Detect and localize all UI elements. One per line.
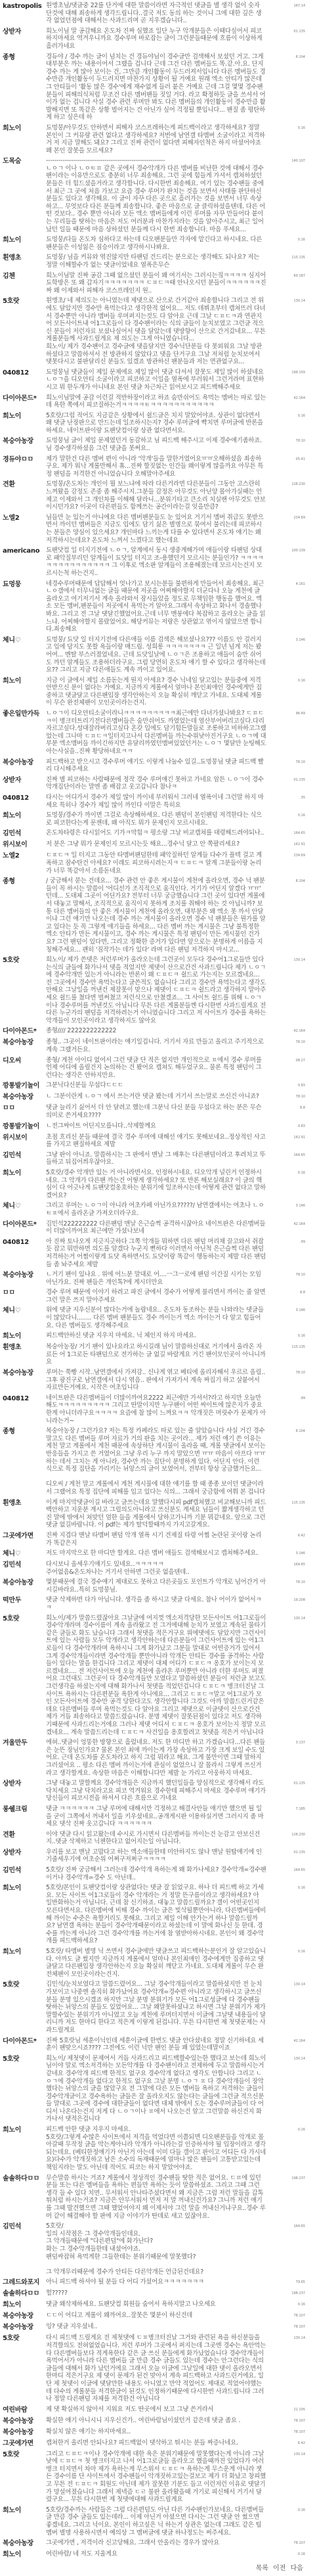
comment-ip: 130.14: [266, 2450, 315, 2459]
comment-text: ㄴ 그분이란게 ㄴㅇㄱ 에서 쓰는거란 댓글 봤는데 거기서 쓰는말로 쓰신건 …: [46, 1093, 266, 1101]
comment-author[interactable]: 김민석: [0, 829, 46, 838]
comment-text: 희노이/ 제가 쓴댓은 저런루머가 올라오는데 그런곳이 모두다 경수어1그로들…: [46, 956, 266, 1024]
comment-text: 헐?????: [46, 2289, 266, 2297]
comment-ip: 78.107: [266, 2417, 315, 2426]
comment-ip: 78.10: [266, 1271, 315, 1279]
comment-ip: 42.164: [266, 2037, 315, 2046]
pagination-nav: 목록 이전 다음: [0, 2561, 315, 2576]
comment-ip: 115.135: [266, 1499, 315, 1507]
comment-author[interactable]: americano: [0, 547, 46, 555]
comment-ip: 78.107: [266, 2312, 315, 2320]
comment-row: 희노이5호랏/ 타멤버 별명 닉 쓰면서 경수글에만 댓글쓰고 피드백하는분인거…: [0, 1947, 315, 1980]
comment-row: 김민석그냥 판이 아니죠. 말씀하시는 그 판에서 맨날 그 배후는 다른팬덤이…: [0, 1151, 315, 1168]
comment-list: kastropolis흰앵초님/댓글중 22를 단거에 대한 말씀이라면 자극적…: [0, 0, 315, 2561]
comment-text: 확실한 얘기 아니시니 지우신건가.. 여린바람님이셨던거 같은데 댓글 좀요 …: [46, 2417, 266, 2425]
comment-text: 댓글 왜삭제하세요. 됴팬닷컴 회원들 숨어서 욕하지말고 나오세요: [46, 2301, 266, 2309]
comment-author[interactable]: 복숭아농장: [0, 2539, 46, 2548]
comment-text: 저도 마지막으로 한 마디만 할게요. 다른 멤버 애들도 검색해보시고 캡쳐해…: [46, 1550, 266, 1557]
comment-author[interactable]: 흰앵초: [0, 254, 46, 262]
comment-text: 우리를 보고 맨날 고맙다고 하는 엑소애들한테 미안하지도 않나 맨날 원탑얘…: [46, 1849, 266, 1864]
comment-author[interactable]: 복숭아농장: [0, 1038, 46, 1047]
comment-ip: 3.146: [266, 636, 315, 645]
comment-ip: 6.42: [266, 1532, 315, 1540]
comment-ip: 198.237: [266, 2174, 315, 2183]
comment-row: 그곳에가면캡쳐한거 올리면 안되나요? 피드백없이 댓삭하고 튀시는 분들 짜증…: [0, 2439, 315, 2450]
comment-author[interactable]: 김민석: [0, 1866, 46, 1875]
comment-text: 그곳에가면 , 저격이라 신고당해요. 그래서 안올리는 경우가 많아요: [46, 2539, 266, 2547]
comment-ip: 164.65: [266, 2222, 315, 2231]
comment-ip: 142.91: [266, 840, 315, 849]
comment-row: 흰앵초이게 마지막댓글이길 바라고 글쓰는데요 말했다시피 pdf캡쳐했고 비교…: [0, 1498, 315, 1531]
comment-author[interactable]: ㅁㅁ: [0, 1289, 46, 1297]
comment-author[interactable]: 복숭아농장: [0, 1093, 46, 1101]
comment-ip: 0.16: [266, 412, 315, 421]
comment-text: ----------------------------------------…: [46, 157, 266, 233]
comment-ip: 78.107: [266, 2428, 315, 2437]
comment-ip: 6.42: [266, 2439, 315, 2448]
comment-author[interactable]: 여린바람: [0, 2406, 46, 2414]
comment-text: 흰앵초/ 네 제의도는 아니였는데 제댓으로 산으로 간거같아 죄송합니다 그리…: [46, 297, 266, 365]
comment-text: 이게 마지막댓글이길 바라고 글쓰는데요 말했다시피 pdf캡쳐했고 비교해보니…: [46, 1499, 266, 1529]
comment-ip: 0.16: [266, 2301, 315, 2309]
comment-row: 복숭아농장확실치 않은 얘기는 하지마세요..78.107: [0, 2427, 315, 2439]
comment-text: 제 댓 확실하지 않아서 지워요 저도 딴곳에서 보고 그냥 쓴거라서: [46, 2406, 266, 2414]
comment-row: 상받자그냥 대놓고 말할께요 경수악개들은 지금까지 했던일들을 양심적으로 생…: [0, 1779, 315, 1805]
comment-author[interactable]: 위시보이: [0, 840, 46, 849]
comment-ip: 164.65: [266, 829, 315, 838]
comment-row: 복숭아농장잉? 댓글 지우셨네..78.107: [0, 2322, 315, 2334]
comment-ip: 01.135: [266, 776, 315, 785]
comment-author[interactable]: 그레드와포지: [0, 2278, 46, 2287]
comment-author[interactable]: 복숭아농장: [0, 2312, 46, 2320]
comment-text: 위에 댓글 지우신분이 많다는거에 놀랍네요.. 온도차 동조하는 분들 나와라…: [46, 1306, 266, 1329]
comment-row: 복숭아농장종형.. 그곳이 네이트판이라는 얘기일겁니다. 거기서 자료 만들고…: [0, 1038, 315, 1055]
comment-author[interactable]: kastropolis: [0, 2, 46, 11]
comment-text: 피드백안하신 댓글 지우지 마세요. 닉 체인지 하지 마세요.: [46, 1332, 266, 1340]
comment-author[interactable]: 떡만두: [0, 1596, 46, 1605]
comment-author[interactable]: 복숭아농장: [0, 1578, 46, 1587]
comment-row: 복숭아농장ㄴ거기 팬이 있나요 . 위에 어느분 말대로 어....ㅡ그ㅡ로에 …: [0, 1270, 315, 1288]
next-link[interactable]: 다음: [291, 2565, 303, 2572]
comment-text: 경듀야 / 경수 까는 글이 넘치는 건 경듀야님이 경수글만 검색해서 보셨던…: [46, 53, 266, 122]
comment-ip: 130.14: [266, 2055, 315, 2063]
comment-ip: 0.16: [266, 1332, 315, 1341]
comment-ip: 0.16: [266, 677, 315, 685]
comment-author[interactable]: 복숭아농장: [0, 2428, 46, 2437]
comment-text: 김민석222222222 다른팬덤 맨날 은근슬쩍 공격하시잖아요 네이트판은 …: [46, 1220, 266, 1235]
comment-author[interactable]: 종형: [0, 1427, 46, 1436]
comment-author[interactable]: 희노이: [0, 677, 46, 685]
prev-link[interactable]: 이전: [273, 2565, 285, 2572]
comment-text: 몇분때문에 결국 경수얘기 제대로도 못하고 다른곳들도 포인트가 악개로 넘어…: [46, 1578, 266, 1594]
comment-author[interactable]: 깡통발기놀이: [0, 1122, 46, 1131]
comment-author[interactable]: 좋은일만가득: [0, 710, 46, 718]
comment-row: 희노이지금 이 글에서 제일 소름돋는게 뭔지 아세요? 경수 닉네임 달고있는…: [0, 676, 315, 709]
comment-author[interactable]: 체니♡: [0, 1306, 46, 1315]
comment-author[interactable]: 희노이: [0, 1948, 46, 1956]
comment-text: 희노이/ 제첫댓이 문제여서 거듭 사과드리고 피드백할수있는한 했다고 보는데…: [46, 2055, 266, 2123]
comment-row: 종형/ 궁금해서 묻는 건데요... 경수 관련 안 좋은 게시물이 게천에 올…: [0, 877, 315, 955]
comment-author[interactable]: 종형: [0, 877, 46, 886]
comment-text: 확실치 않은 얘기는 하지마세요..: [46, 2428, 266, 2436]
comment-author[interactable]: 경듀야ㅁㅁ: [0, 455, 46, 464]
comment-row: 희노이5호랏/경수 악개만 있는 거 아니라면서요. 인정하시네요. 디오악개 …: [0, 1168, 315, 1201]
comment-text: ㄴㅇㄱ이 디오안티소굴이라니ㅋㅋㅋㅋㅋㅋㅋㅋㅋ최근에만 다녀가셨나봐요? ㄷㅍㄷ…: [46, 710, 266, 756]
comment-row: 희노이됴멍뭉/다들 온도차 심하다고 하는데 디오팬분들만 각자에 맡긴다고 하…: [0, 235, 315, 253]
comment-author[interactable]: 흰앵초: [0, 1499, 46, 1507]
comment-author[interactable]: 상받자: [0, 776, 46, 785]
comment-row: 희노이5호랏/경수까는 사람들은 그럼 다른편덤도 아닌 다른 가수팬인가보네요…: [0, 2506, 315, 2539]
comment-ip: 130.14: [266, 1615, 315, 1623]
comment-author[interactable]: 복숭아농장: [0, 2417, 46, 2426]
comment-text: 됴팬닷컴 일 터지기전에 ㄴㅇㄱ, 알계에서 동시 생중계해가며 애들이랑 타팬…: [46, 547, 266, 577]
comment-row: 깡통발기놀이ㄴ전그싸이트 어딘지모릅니다..삭제할께요0.83: [0, 1122, 315, 1133]
comment-row: 다이아몬드*종형//// 222222222222242.164: [0, 1026, 315, 1038]
comment-row: 경듀야ㅁㅁ제가 말한건 다른 멤버 편이 아니라 '악개'들을 말한거였어요ㅠㅠ…: [0, 455, 315, 480]
comment-author[interactable]: 상받자: [0, 28, 46, 36]
comment-ip: 234.69: [266, 852, 315, 860]
comment-text: 희노이님 말 공감해요 온도차 진짜 심했죠 일단 누구 악개분들은 이때다싶어…: [46, 28, 266, 51]
comment-author[interactable]: 그곳에가면: [0, 1532, 46, 1540]
comment-author[interactable]: 김첸: [0, 272, 46, 281]
comment-author[interactable]: 5호랏: [0, 956, 46, 965]
comment-text: 됴멍뭉님 글이 제일 문제였던거 동감하고 님 피드백 해주시고 이제 경수얘기…: [46, 437, 266, 452]
comment-author[interactable]: 5호랏: [0, 2450, 46, 2459]
comment-text: 됴멍뭉/경수가 까이면 그걸로 속상해하세요. 다른 팬덤이 본인팬덤 저격한다…: [46, 812, 266, 827]
comment-ip: 0.16: [266, 1884, 315, 1893]
comment-ip: 79.65: [266, 2278, 315, 2287]
comment-ip: 167.14: [266, 2, 315, 11]
comment-text: 님들만 눈 있는거 아니에요 다른 멤버팬분들도 눈 있어요 거기서 멤버 취급…: [46, 514, 266, 544]
comment-row: 솔솔하다ㅁㅁ무슨말씀 하시는 거죠? 게롤에서 정상적인 경수팬들 탓한 적은 …: [0, 2174, 315, 2222]
comment-row: 겨울만두에혀..댓글이 엉뚱한 방향으로 흘렀네요. 저도 한 마디만 하고 가…: [0, 1738, 315, 1779]
comment-ip: 8.8: [266, 1289, 315, 1297]
comment-author[interactable]: 희노이: [0, 2301, 46, 2309]
comment-text: ㄴ거기 팬이 있나요 . 위에 어느분 말대로 어....ㅡ그ㅡ로에 팬덤 이간…: [46, 1271, 266, 1286]
comment-author[interactable]: 희노이: [0, 124, 46, 133]
comment-row: 희노이5호랏/본인이 됴팬닷컴이랑 상관없다는 댓글 잘 읽었구요. 하나 더 …: [0, 1883, 315, 1947]
comment-ip: 01.135: [266, 28, 315, 36]
comment-ip: 0.83: [266, 1122, 315, 1131]
comment-author[interactable]: 노엘2: [0, 514, 46, 522]
comment-ip: 130.14: [266, 297, 315, 306]
comment-row: 김민석온도차타령은 다시읽어도 기가ㅋ막힘ㅋ 평소랑 그날 비교캡쳐를 대령해드…: [0, 829, 315, 840]
comment-author[interactable]: 희노이: [0, 236, 46, 244]
comment-row: 다이아몬드*김민석222222222 다른팬덤 맨날 은근슬쩍 공격하시잖아요 …: [0, 1220, 315, 1237]
comment-author[interactable]: 도목숨: [0, 157, 46, 166]
comment-text: 다시 피드백 드릴게요 전 제첫댓에 ㄷㅍ병크터진날 그거와 관련된 욕을 하신…: [46, 2334, 266, 2403]
comment-row: 복숭아농장ㄴ 그분이란게 ㄴㅇㄱ 에서 쓰는거란 댓글 봤는데 거기서 쓰는말로…: [0, 1092, 315, 1103]
comment-row: 복숭아농장확실한 얘기 아니시니 지우신건가.. 여린바람님이셨던거 같은데 댓…: [0, 2416, 315, 2427]
comment-ip: 0.83: [266, 1082, 315, 1090]
comment-text: 5호랏/경수까는 사람들은 그럼 다른편덤도 아닌 다른 가수팬인가보네요. 다…: [46, 2506, 266, 2537]
comment-ip: 199.159: [266, 369, 315, 377]
comment-author[interactable]: 종형: [0, 53, 46, 62]
comment-text: 희노이님말에 공감 이런걸 적반하장이라고 하죠 숨만쉬어도 욕먹는 멤버는 따…: [46, 394, 266, 409]
comment-author[interactable]: 희노이: [0, 812, 46, 820]
comment-row: 종형복숭아농장 / 그런가요? 저는 특정 카페라도 따로 있는 줄 알았습니다…: [0, 1427, 315, 1498]
comment-row: 그레드와포지아니 피드백 하셔야 될 분들 다 어디 가셨어요ㅋㅋㅋㅋㅋㅋㅋ79…: [0, 2278, 315, 2289]
comment-author[interactable]: 됴멍뭉: [0, 580, 46, 589]
comment-author[interactable]: 견환: [0, 480, 46, 489]
comment-row: 희노이됴멍뭉/경수가 까이면 그걸로 속상해하세요. 다른 팬덤이 본인팬덤 저…: [0, 811, 315, 829]
comment-author[interactable]: 다이아몬드*: [0, 1220, 46, 1229]
comment-ip: 234.69: [266, 514, 315, 522]
comment-ip: 08.27: [266, 1057, 315, 1065]
comment-author[interactable]: 깡통발기놀이: [0, 1082, 46, 1090]
comment-row: 롱쉘크림댓글 ㅋㅋㅋㅋㅋㅋ 그냥 루머에 대해서만 걱정하고 해결사안들 얘기만…: [0, 1805, 315, 1830]
comment-row: 됴멍뭉네경수루머때문에 답답해서 엇나가고 보시는분들 불편하게 만들어서 죄송…: [0, 580, 315, 635]
comment-text: 김민석/눈치보였다고 말씀드렸어요... 그날 경수악개들이라고 말씀하셨지만 …: [46, 1981, 266, 2034]
comment-text: 희노이님말 진짜 공감 그때 없으셨던 분들이 왜 여기서는 그러시는짘ㅋㅋㅋㅋ…: [46, 272, 266, 295]
comment-author[interactable]: 5호랏: [0, 2334, 46, 2343]
comment-ip: 78.10: [266, 758, 315, 767]
comment-text: 루머는 쭉빵 시작..남연갤에서 가져감.. 신나게 엮고 베티에 올리자해서 …: [46, 1369, 266, 1392]
comment-ip: 8.8: [266, 1104, 315, 1113]
comment-text: 5호랏/그럼 적어도 지금같은 상황에서 쉴드글은 치지 말았어야죠. 상관이 …: [46, 412, 266, 435]
comment-row: 5호랏희노이/ 제첫댓이 문제여서 거듭 사과드리고 피드백할수있는한 했다고 …: [0, 2054, 315, 2125]
comment-ip: 140.107: [266, 157, 315, 166]
comment-row: 다이아몬드*희노이님말에 공감 이런걸 적반하장이라고 하죠 숨만쉬어도 욕먹는…: [0, 394, 315, 411]
comment-author[interactable]: 견환: [0, 1831, 46, 1839]
comment-text: ㄷㄷ이 어디고 게롤이 왜까여요..잘못은 몇분이 하신건데: [46, 2312, 266, 2320]
comment-row: 040812됴멍뭉님 댓글들이 제일 문제에요 제일 많이 댓글 다셔서 잘못도…: [0, 368, 315, 394]
comment-row: 복숭아농장됴멍뭉님 글이 제일 문제였던거 동감하고 님 피드백 해주시고 이제…: [0, 436, 315, 454]
comment-author[interactable]: 노엘2: [0, 852, 46, 860]
comment-row: americano됴팬닷컴 일 터지기전에 ㄴㅇㄱ, 알계에서 동시 생중계해가…: [0, 546, 315, 579]
comment-text: 저 분은 그냥 뭐가 문제인지 모르시는듯 해요...경수닉 달고 안 쪽팔리세…: [46, 840, 266, 848]
comment-author[interactable]: 겨울만두: [0, 1739, 46, 1747]
comment-text: 됴멍뭉/다들 온도차 심하다고 하는데 디오팬분들만 각자에 맡긴다고 하시네요…: [46, 236, 266, 251]
comment-ip: 3.137: [266, 1739, 315, 1747]
comment-ip: 115.135: [266, 1343, 315, 1352]
comment-text: 희노이/제가 말씀드렸잖아요 그날글에 여지껏 엑소저격당한 모든사이트 어1그…: [46, 1615, 266, 1737]
comment-author[interactable]: 김민석: [0, 1151, 46, 1160]
comment-author[interactable]: 희노이: [0, 1169, 46, 1178]
comment-text: 댓글 ㅋㅋㅋㅋㅋㅋ 그냥 루머에 대해서만 걱정하고 해결사안들 얘기만 했으면…: [46, 1805, 266, 1828]
comment-ip: 42.164: [266, 1027, 315, 1036]
comment-row: 노엘2님들만 눈 있는거 아니에요 다른 멤버팬분들도 눈 있어요 거기서 멤버…: [0, 513, 315, 546]
comment-ip: 96.49: [266, 710, 315, 718]
comment-author[interactable]: 5호랏: [0, 297, 46, 306]
comment-row: 희노이5호랏/그럼 적어도 지금같은 상황에서 쉴드글은 치지 말았어야죠. 상…: [0, 411, 315, 437]
comment-ip: 01.135: [266, 1780, 315, 1788]
comment-author[interactable]: ㅁㅁ: [0, 1104, 46, 1113]
comment-text: 피드백 안한 댓글 지우지 마세요. 5호랏/그렇게 수많은 사이트에서 저격을…: [46, 2126, 266, 2172]
comment-row: 노엘2ㄷㅍㄷㅋ 일 터지고 그동안 타멤버팬덤한테 패악질하던 알계들 다수가 …: [0, 851, 315, 877]
comment-ip: 115.135: [266, 254, 315, 262]
comment-ip: 142.91: [266, 1134, 315, 1142]
comment-row: 040812네이트판은 다른멤버들이 더많이까여요2222 최근에만 가셔서?라…: [0, 1394, 315, 1427]
comment-author[interactable]: 희노이: [0, 412, 46, 421]
comment-ip: 8.104: [266, 53, 315, 62]
comment-row: 견환됴멍뭉/온도차는 개인이 뭘 보느냐에 따라 다른거라면 다른분들이 그동안…: [0, 480, 315, 513]
comment-author[interactable]: 다이아몬드*: [0, 394, 46, 403]
comment-ip: .35: [266, 794, 315, 802]
comment-author[interactable]: 복숭아농장: [0, 437, 46, 446]
comment-text: 종형.. 그곳이 네이트판이라는 얘기일겁니다. 거기서 자료 만들고 올리고 …: [46, 1038, 266, 1053]
comment-text: 됴멍뭉/온도차는 개인이 뭘 보느냐에 따라 다른거라면 다른분들이 그동안 고…: [46, 480, 266, 511]
comment-row: 체니♡위에 댓글 지우신분이 많다는거에 놀랍네요.. 온도차 동조하는 분들 …: [0, 1306, 315, 1331]
comment-text: 흰앵초님/댓글중 22를 단거에 대한 말씀이라면 자극적인 댓글을 별 생각 …: [46, 2, 266, 25]
comment-row: 깡통발기놀이그분닉다신분들 무섭다ㄷㄷㄷ0.83: [0, 1081, 315, 1092]
comment-row: 5호랏김민석/눈치보였다고 말씀드렸어요... 그날 경수악개들이라고 말씀하셨…: [0, 1980, 315, 2036]
comment-text: 경수 루머 때문에 이야기 하려고 파진 글에서 경수가 어떻게 불리면서 까이…: [46, 1289, 266, 1304]
comment-ip: 164.65: [266, 1151, 315, 1160]
comment-text: 진짜 5호랏님 세훈이닉인데 세훈이글에 한번도 댓글 안다셨네요 정말 신기하…: [46, 2037, 266, 2052]
comment-text: 5호랏/ 일의 시작점은 그 경수악개들인데요. 그 악개들때문에 "다른편덤"…: [46, 2222, 266, 2276]
comment-author[interactable]: 솔솔하다ㅁㅁ: [0, 2289, 46, 2298]
comment-author[interactable]: 체니♡: [0, 1202, 46, 1210]
comment-row: 디오씨종형/ 게천 아이디 없어서 그런 댓글 단 적은 없지만 개인적으로 ㅍ…: [0, 1056, 315, 1082]
comment-text: 다시보니 올세우기얘기도 있네요..ㅋㅋㅋㅋㅋ 주어없음&온도차나는 거기서 안…: [46, 1561, 266, 1576]
comment-ip: 128.230: [266, 1831, 315, 1839]
comment-author[interactable]: 5호랏: [0, 1615, 46, 1623]
comment-author[interactable]: 위시보이: [0, 1134, 46, 1142]
comment-row: 김민석다시보니 올세우기얘기도 있네요..ㅋㅋㅋㅋㅋ 주어없음&온도차나는 거기…: [0, 1560, 315, 1578]
comment-author[interactable]: 복숭아농장: [0, 1271, 46, 1279]
comment-ip: 3.146: [266, 1202, 315, 1210]
comment-text: 진짜 별 피코하는 사람때문에 정작 경수 루머얘긴 못하고 가네요 암튼 ㄴㅇ…: [46, 776, 266, 791]
comment-text: 복숭아농장/ 거기 팬이 있나요라고 하시길래 님이 말씀하신대로 거기에서 올…: [46, 1343, 266, 1366]
comment-ip: 0.16: [266, 812, 315, 820]
comment-author[interactable]: 다이아몬드*: [0, 2037, 46, 2046]
comment-row: 위시보이초점 흐리신 분들 때문에 결국 경수 루머에 대해선 얘기도 못해보네…: [0, 1133, 315, 1151]
comment-ip: 42.164: [266, 394, 315, 403]
comment-row: 솔솔하다ㅁㅁ헐?????198.237: [0, 2289, 315, 2300]
comment-text: 무슨말씀 하시는 거죠? 게롤에서 정상적인 경수팬들 탓한 적은 없어요. ㄷ…: [46, 2174, 266, 2220]
comment-author[interactable]: 디오씨: [0, 1057, 46, 1065]
comment-text: 5호랏/경수 악개만 있는 거 아니라면서요. 인정하시네요. 디오악개 널린거…: [46, 1169, 266, 1199]
comment-ip: 130.14: [266, 956, 315, 965]
comment-row: ㅁㅁ경수 루머 때문에 이야기 하려고 파진 글에서 경수가 어떻게 불리면서 …: [0, 1288, 315, 1306]
comment-ip: 0.16: [266, 236, 315, 244]
comment-author[interactable]: 040812: [0, 1238, 46, 1247]
comment-author[interactable]: 체니♡: [0, 636, 46, 645]
comment-author[interactable]: 상받자: [0, 1780, 46, 1788]
comment-row: 김민석5호랏/ 진짜 궁금해서 그러는데 경수악개 욕하는게 왜 화가나세요? …: [0, 1866, 315, 1883]
comment-row: 희노이피드백안하신 댓글 지우지 마세요. 닉 체인지 하지 마세요.0.16: [0, 1331, 315, 1343]
comment-author[interactable]: 그곳에가면: [0, 2439, 46, 2448]
comment-row: 복숭아농장몇분때문에 결국 경수얘기 제대로도 못하고 다른곳들도 포인트가 악…: [0, 1578, 315, 1596]
comment-text: 이야 댓글 다시 읽고왔는데 수시로 가시면서 다른멤버들 까이는건 눈감고 안…: [46, 1831, 266, 1846]
comment-author[interactable]: 희노이: [0, 2550, 46, 2559]
comment-row: 5호랏그리고 ㄷㅍㄷㅋ이나 경수악개에 대한 욕은 분위기때문에 말못했다는게 …: [0, 2450, 315, 2506]
comment-text: 종형/ 게천 아이디 없어서 그런 댓글 단 적은 없지만 개인적으로 ㅍ에서 …: [46, 1057, 266, 1080]
comment-row: 5호랏희노이/제가 말씀드렸잖아요 그날글에 여지껏 엑소저격당한 모든사이트 …: [0, 1614, 315, 1739]
comment-ip: 19.208: [266, 1596, 315, 1605]
comment-ip: 21.105: [266, 2406, 315, 2414]
comment-author[interactable]: 김민석: [0, 2222, 46, 2231]
comment-author[interactable]: 체니♡: [0, 1550, 46, 1558]
comment-text: 됴멍뭉님 댓글들이 제일 문제에요 제일 많이 댓글 다셔서 잘못도 제일 많이…: [46, 369, 266, 392]
comment-row: 복숭아농장루머는 쭉빵 시작..남연갤에서 가져감.. 신나게 엮고 베티에 올…: [0, 1368, 315, 1394]
comment-row: 종형경듀야 / 경수 까는 글이 넘치는 건 경듀야님이 경수글만 검색해서 보…: [0, 53, 315, 124]
comment-author[interactable]: 희노이: [0, 2126, 46, 2134]
comment-author[interactable]: 롱쉘크림: [0, 1805, 46, 1814]
comment-text: 복숭아농장 / 그런가요? 저는 특정 카페라도 따로 있는 줄 알았습니다 사…: [46, 1427, 266, 1496]
comment-ip: 3.146: [266, 1550, 315, 1558]
comment-text: 에혀..댓글이 엉뚱한 방향으로 흘렀네요. 저도 한 마디만 하고 가겠습니다…: [46, 1739, 266, 1777]
comment-author[interactable]: 040812: [0, 369, 46, 377]
comment-row: 복숭아농장그곳에가면 , 저격이라 신고당해요. 그래서 안올리는 경우가 많아…: [0, 2539, 315, 2550]
comment-text: 5호랏/ 타멤버 별명 닉 쓰면서 경수글에만 댓글쓰고 피드백하는분인거 잘 …: [46, 1948, 266, 1978]
comment-author[interactable]: 희노이: [0, 1332, 46, 1341]
comment-row: 5호랏다시 피드백 드릴게요 전 제첫댓에 ㄷㅍ병크터진날 그거와 관련된 욕을…: [0, 2334, 315, 2404]
comment-row: 좋은일만가득ㄴㅇㄱ이 디오안티소굴이라니ㅋㅋㅋㅋㅋㅋㅋㅋㅋ최근에만 다녀가셨나봐…: [0, 709, 315, 758]
comment-text: 아니 피드백 하셔야 될 분들 다 어디 가셨어요ㅋㅋㅋㅋㅋㅋㅋ: [46, 2278, 266, 2286]
comment-ip: 0.16: [266, 2550, 315, 2559]
comment-ip: 01.135: [266, 1849, 315, 1857]
comment-ip: 3.146: [266, 1306, 315, 1315]
comment-row: 체니♡그리고 루머는 ㄴㅇㄱ이 아니라 여초카페 아닌가요?????/ 남연갤에…: [0, 1201, 315, 1219]
list-link[interactable]: 목록: [256, 2565, 268, 2572]
comment-text: 아 진짜 토나오게 지긋지긋하다 그쪽 악개들 뭐하면 다른 팬덤 머리채 끌고…: [46, 1238, 266, 1268]
comment-ip: 0.16: [266, 124, 315, 133]
comment-ip: 78.10: [266, 437, 315, 446]
comment-author[interactable]: 솔솔하다ㅁㅁ: [0, 2174, 46, 2183]
comment-ip: 100.139: [266, 547, 315, 555]
comment-text: 여린바람/ 네 저도 지울게요: [46, 2550, 266, 2558]
comment-ip: 78.10: [266, 1093, 315, 1101]
comment-text: 그분닉다신분들 무섭다ㄷㄷㄷ: [46, 1082, 266, 1090]
comment-row: 복숭아농장ㄷㄷ이 어디고 게롤이 왜까여요..잘못은 몇분이 하신건데78.10…: [0, 2311, 315, 2322]
comment-text: 지금 이 글에서 제일 소름돋는게 뭔지 아세요? 경수 닉네임 달고있는 분들…: [46, 677, 266, 707]
comment-row: 5호랏흰앵초/ 네 제의도는 아니였는데 제댓으로 산으로 간거같아 죄송합니다…: [0, 296, 315, 367]
comment-text: 잉? 댓글 지우셨네..: [46, 2323, 266, 2331]
comment-text: 종형//// 2222222222222: [46, 1027, 266, 1035]
comment-author[interactable]: 복숭아농장: [0, 758, 46, 767]
comment-author[interactable]: 다이아몬드*: [0, 1027, 46, 1036]
comment-ip: 05.41: [266, 455, 315, 464]
comment-text: 그냥 대놓고 말할께요 경수악개들은 지금까지 했던일들을 양심적으로 생각해서…: [46, 1780, 266, 1803]
comment-author[interactable]: 5호랏: [0, 2055, 46, 2063]
comment-author[interactable]: 복숭아농장: [0, 1369, 46, 1377]
comment-author[interactable]: 상받자: [0, 1849, 46, 1857]
comment-row: 김첸희노이님말 진짜 공감 그때 없으셨던 분들이 왜 여기서는 그러시는짘ㅋㅋ…: [0, 271, 315, 297]
comment-ip: 164.65: [266, 1866, 315, 1875]
comment-author[interactable]: 5호랏: [0, 1981, 46, 1989]
comment-ip: 0.16: [266, 1169, 315, 1178]
comment-author[interactable]: 복숭아농장: [0, 2323, 46, 2332]
comment-text: 온도차타령은 다시읽어도 기가ㅋ막힘ㅋ 평소랑 그날 비교캡쳐를 대령해드려야되…: [46, 829, 266, 837]
comment-text: ㄷㅍㄷㅋ 일 터지고 그동안 타멤버팬덤한테 패악질하던 알계들 다수가 플텍 …: [46, 852, 266, 875]
comment-row: 흰앵초복숭아농장/ 거기 팬이 있나요라고 하시길래 님이 말씀하신대로 거기에…: [0, 1343, 315, 1368]
comment-author[interactable]: 040812: [0, 1394, 46, 1403]
comment-author[interactable]: 희노이: [0, 2506, 46, 2515]
comment-row: 희노이댓글 왜삭제하세요. 됴팬닷컴 회원들 숨어서 욕하지말고 나오세요0.1…: [0, 2300, 315, 2311]
comment-text: 진짜 지겹다 맨날 타멤버 팬덤 악개 열폭 시기 견제질 타령 어쩜 논란된 …: [46, 1532, 266, 1547]
comment-text: 제가 말한건 다른 멤버 편이 아니라 '악개'들을 말한거였어요ㅠㅠ오해하셨음…: [46, 455, 266, 478]
comment-row: kastropolis흰앵초님/댓글중 22를 단거에 대한 말씀이라면 자극적…: [0, 1, 315, 27]
comment-row: 체니♡저도 마지막으로 한 마디만 할게요. 다른 멤버 애들도 검색해보시고 …: [0, 1549, 315, 1560]
comment-text: / 궁금해서 묻는 건데요... 경수 관련 안 좋은 게시물이 게천에 올라오…: [46, 877, 266, 954]
comment-row: 희노이피드백 안한 댓글 지우지 마세요. 5호랏/그렇게 수많은 사이트에서 …: [0, 2125, 315, 2174]
comment-row: 희노이여린바람/ 네 저도 지울게요0.16: [0, 2550, 315, 2561]
comment-author[interactable]: 040812: [0, 794, 46, 802]
comment-row: 흰앵초됴멍뭉/ 님을 커뮤와 엮진않지만 타팬덤 건드리는 분으로는 생각해도 …: [0, 253, 315, 271]
comment-ip: 42.164: [266, 1220, 315, 1229]
comment-ip: .99: [266, 1238, 315, 1247]
comment-row: 김민석5호랏/ 일의 시작점은 그 경수악개들인데요. 그 악개들때문에 "다른…: [0, 2222, 315, 2278]
comment-ip: 60.187: [266, 272, 315, 281]
comment-author[interactable]: 희노이: [0, 1884, 46, 1893]
comment-author[interactable]: 김민석: [0, 1561, 46, 1569]
comment-ip: 198.237: [266, 2289, 315, 2298]
comment-author[interactable]: 흰앵초: [0, 1343, 46, 1352]
comment-text: 5호랏/ 진짜 궁금해서 그러는데 경수악개 욕하는게 왜 화가나세요? 경수악…: [46, 1866, 266, 1881]
comment-row: 다이아몬드*진짜 5호랏님 세훈이닉인데 세훈이글에 한번도 댓글 안다셨네요 …: [0, 2036, 315, 2054]
